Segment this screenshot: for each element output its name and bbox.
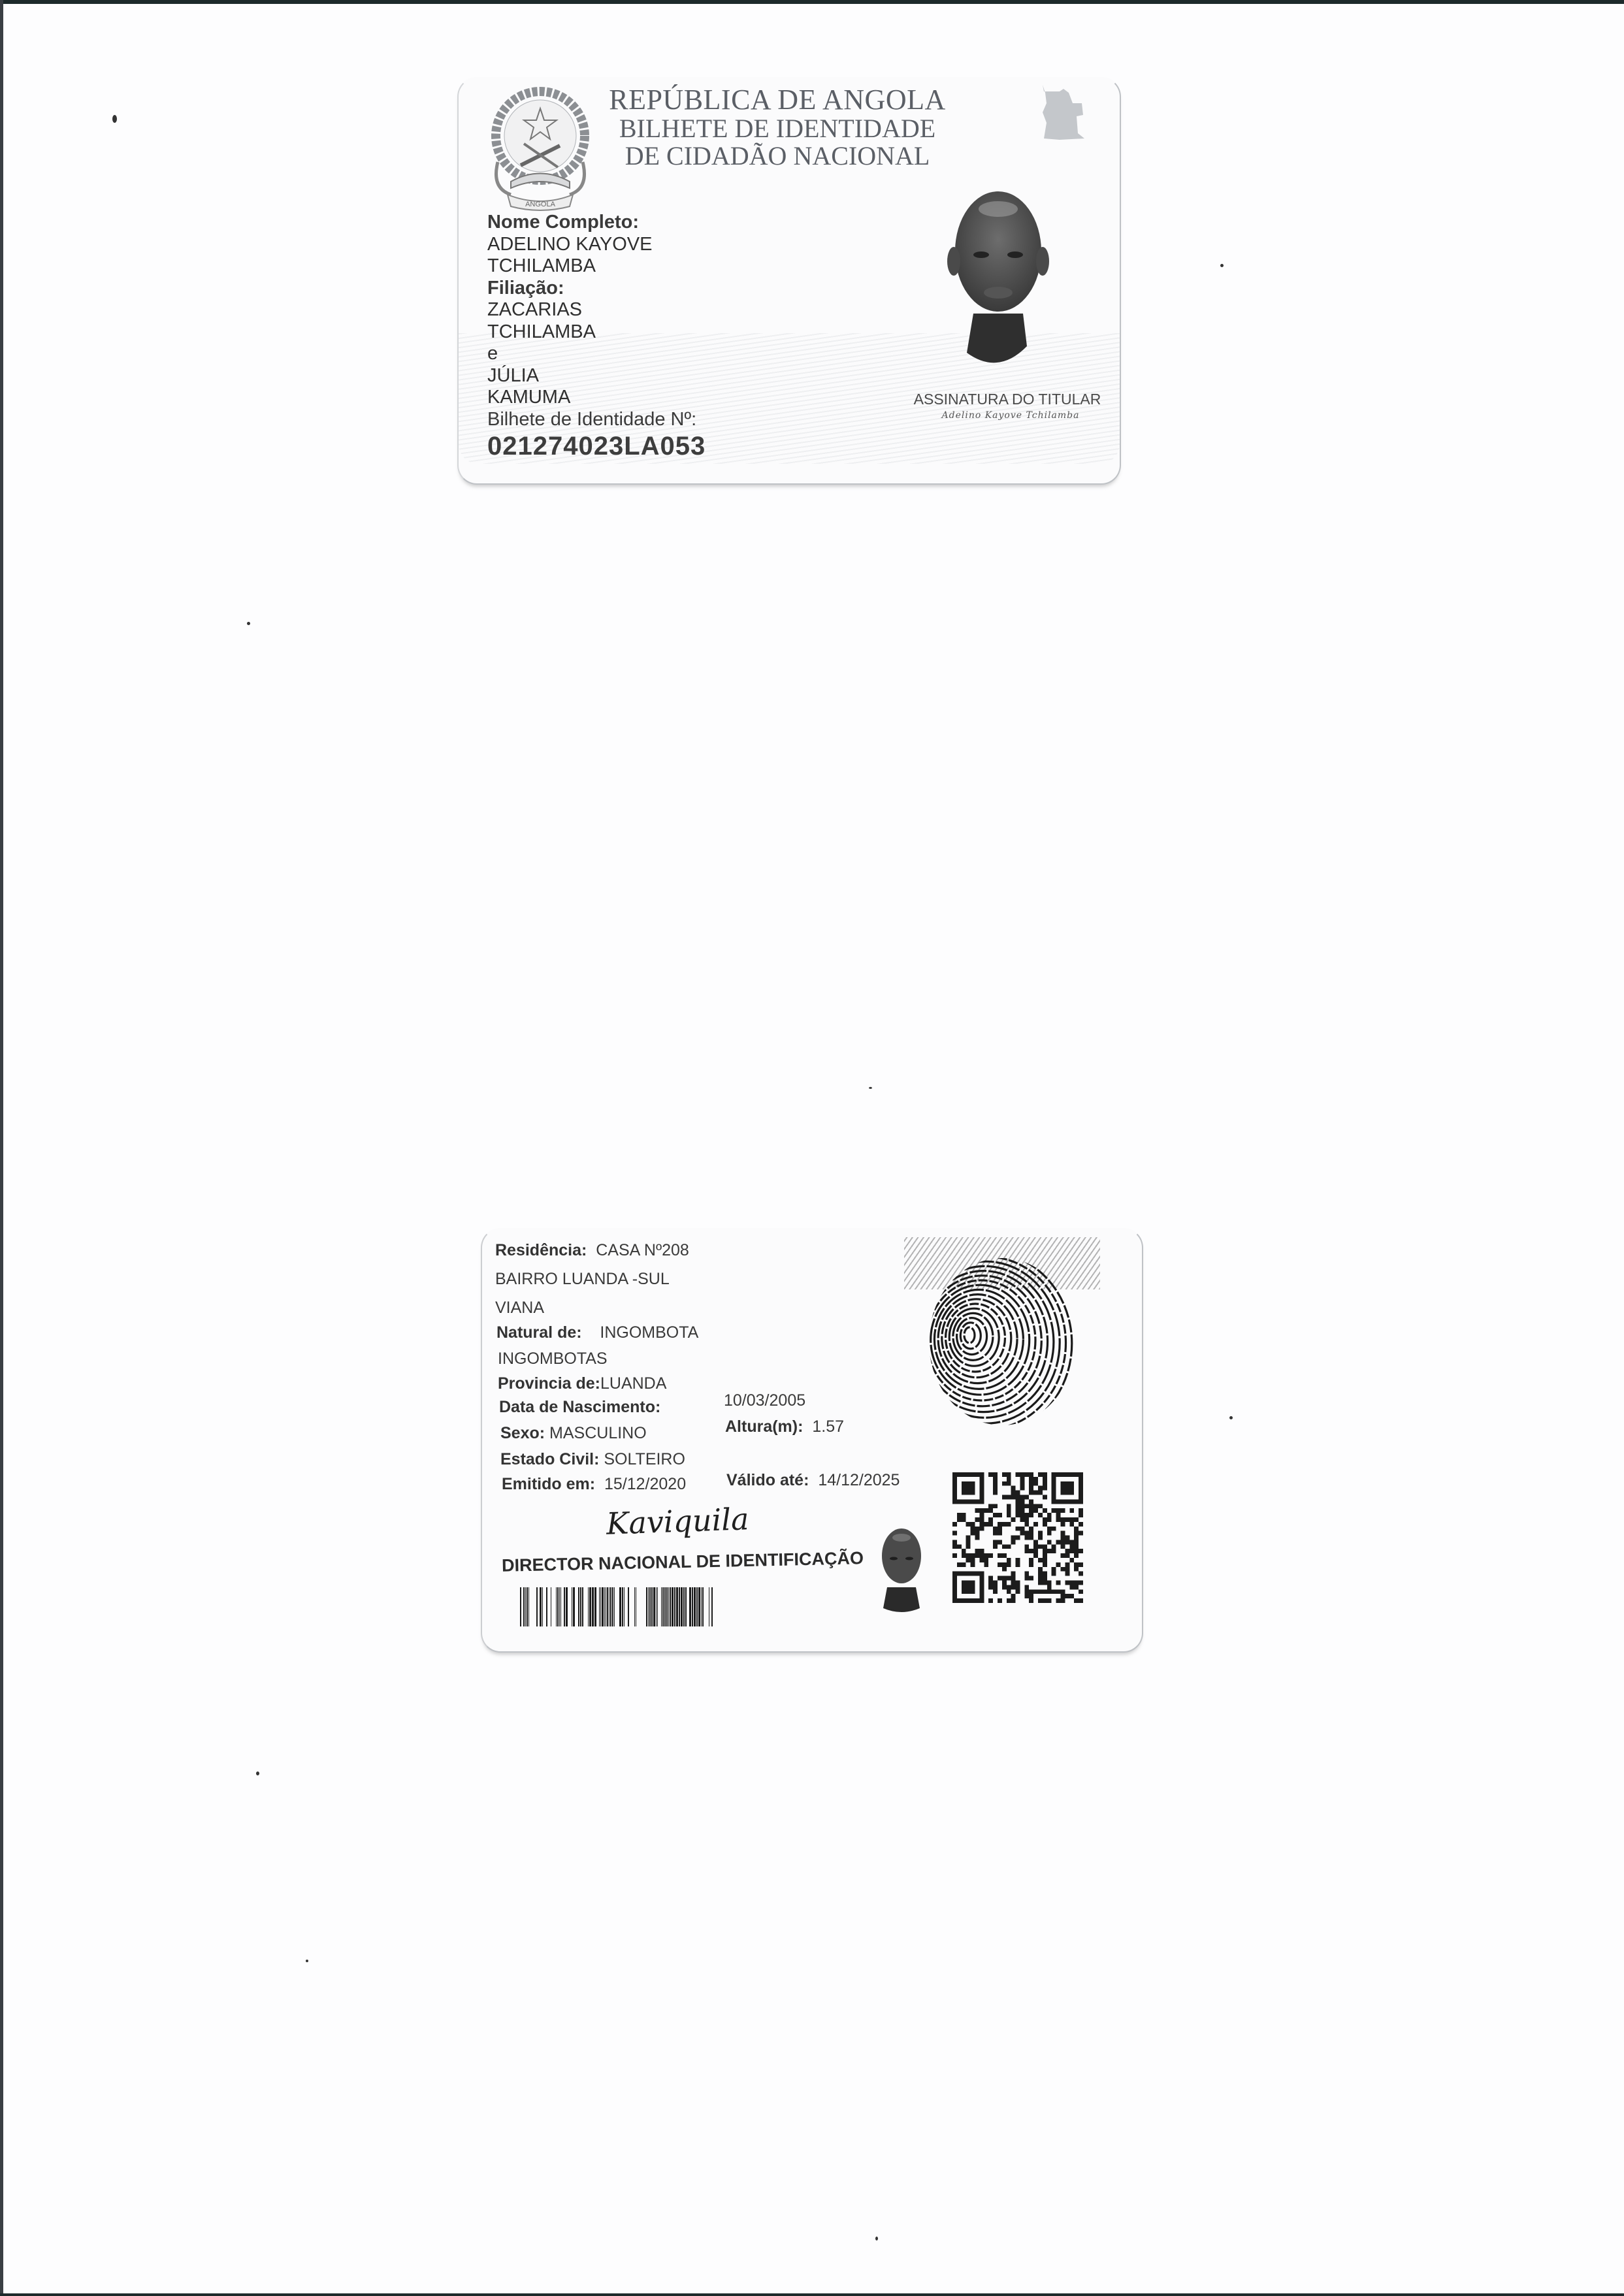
scan-edge-left [0,0,3,2296]
scan-speck [247,622,250,625]
holder-mini-photo [877,1523,926,1615]
qr-code-icon [952,1472,1083,1603]
scan-speck [112,115,117,123]
id-card-back: Residência: CASA Nº208 BAIRRO LUANDA -SU… [481,1228,1143,1653]
field-residence: Residência: CASA Nº208 [495,1241,689,1260]
parents-conjunction: e [487,343,706,365]
id-card-front: ANGOLA REPÚBLICA DE ANGOLA BILHETE DE ID… [457,77,1121,485]
scan-speck [256,1771,259,1775]
full-name-label: Nome Completo: [487,212,706,234]
field-sex: Sexo: MASCULINO [500,1424,647,1443]
field-civil-status: Estado Civil: SOLTEIRO [500,1450,685,1469]
father-line2: TCHILAMBA [487,321,706,344]
field-birth-date-value: 10/03/2005 [724,1391,805,1410]
angola-map-icon [1040,84,1092,142]
director-label: DIRECTOR NACIONAL DE IDENTIFICAÇÃO [502,1548,864,1576]
id-number: 021274023LA053 [487,430,706,462]
field-birth-date: Data de Nascimento: [499,1398,660,1417]
scan-speck [306,1960,308,1962]
barcode-icon [520,1587,713,1626]
front-fields: Nome Completo: ADELINO KAYOVE TCHILAMBA … [487,212,706,462]
svg-text:ANGOLA: ANGOLA [525,201,556,208]
full-name-line1: ADELINO KAYOVE [487,234,706,256]
scan-speck [1229,1416,1233,1419]
card-title-line2: DE CIDADÃO NACIONAL [608,142,947,170]
mother-line1: JÚLIA [487,365,706,387]
field-residence-line2: BAIRRO LUANDA -SUL [495,1270,670,1289]
holder-photo [941,183,1055,379]
signature-label: ASSINATURA DO TITULAR [909,391,1105,408]
field-residence-line3: VIANA [495,1299,544,1318]
field-natural-line2: INGOMBOTAS [498,1350,608,1368]
full-name-line2: TCHILAMBA [487,255,706,278]
angola-coat-of-arms-icon: ANGOLA [485,84,596,214]
field-province: Provincia de:LUANDA [498,1374,666,1393]
scan-speck [875,2237,878,2240]
field-natural: Natural de: INGOMBOTA [496,1323,698,1342]
scan-edge-bottom [0,2293,1624,2296]
director-signature: Kaviquila [606,1501,749,1542]
fingerprint-icon [904,1237,1107,1433]
scan-speck [1220,264,1224,267]
field-height: Altura(m): 1.57 [725,1417,844,1436]
card-header: REPÚBLICA DE ANGOLA BILHETE DE IDENTIDAD… [608,85,947,170]
mother-line2: KAMUMA [487,387,706,409]
father-line1: ZACARIAS [487,299,706,321]
parents-label: Filiação: [487,278,706,300]
card-title-line1: BILHETE DE IDENTIDADE [608,115,947,142]
scan-speck [869,1087,872,1089]
field-issued: Emitido em: 15/12/2020 [502,1475,686,1494]
id-number-label: Bilhete de Identidade Nº: [487,409,706,431]
holder-signature: Adelino Kayove Tchilamba [926,410,1096,421]
country-title: REPÚBLICA DE ANGOLA [608,85,947,115]
scan-edge-top [0,0,1624,4]
field-valid-until: Válido até: 14/12/2025 [726,1471,900,1490]
